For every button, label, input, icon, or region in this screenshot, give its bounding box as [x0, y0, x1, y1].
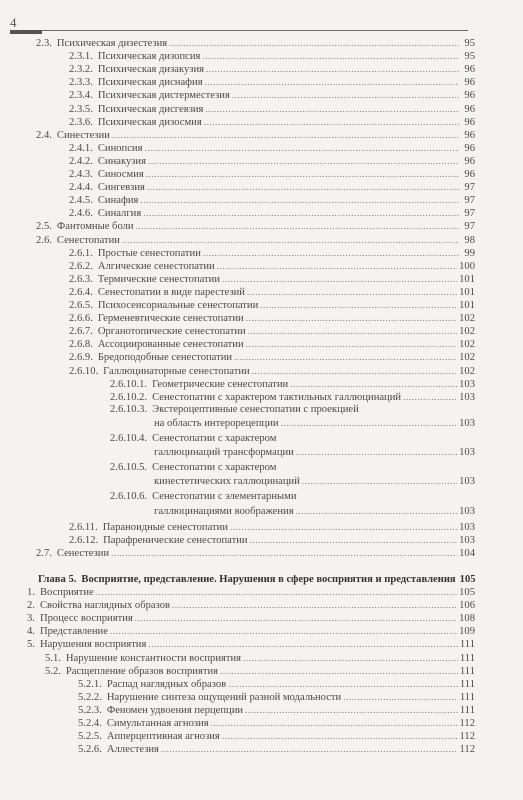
dot-leader — [302, 474, 457, 488]
page-number: 4 — [10, 15, 17, 31]
dot-leader — [140, 193, 459, 207]
toc-entry: 2.3.3.Психическая диснафия96 — [69, 75, 475, 89]
dot-leader — [281, 416, 458, 430]
dot-leader — [169, 36, 459, 50]
toc-entry: 2.4.3.Синосмия96 — [69, 167, 475, 181]
header-rule — [10, 30, 468, 31]
toc-entry-number: 5.2. — [45, 665, 61, 679]
toc-entry: 2.7.Сенестезии104 — [36, 546, 475, 560]
dot-leader — [234, 350, 457, 364]
toc-entry-title: Сенестопатии с характером — [152, 432, 276, 446]
dot-leader — [290, 377, 457, 391]
toc-entry: 2.6.5.Психосенсориальные сенестопатии101 — [69, 298, 475, 312]
dot-leader — [248, 324, 457, 338]
toc-entry: 2.6.6.Герменевтические сенестопатии102 — [69, 311, 475, 325]
toc-entry: 2.6.7.Органотопические сенестопатии102 — [69, 324, 475, 338]
toc-entry-page: 104 — [459, 547, 475, 561]
toc-entry-title: галлюцинациями воображения — [154, 505, 294, 519]
dot-leader — [260, 298, 457, 312]
dot-leader — [111, 546, 457, 560]
dot-leader — [205, 102, 459, 116]
dot-leader — [146, 167, 459, 181]
dot-leader — [243, 651, 458, 665]
dot-leader — [161, 742, 458, 756]
toc-entry: 2.3.1.Психическая дизопсия95 — [69, 49, 475, 63]
dot-leader — [252, 364, 457, 378]
toc-entry-number: 2.6.10. — [69, 365, 98, 379]
toc-entry: 2.6.10.5.Сенестопатии с характером — [110, 461, 475, 475]
dot-leader — [96, 585, 457, 599]
toc-entry-title: Сенестезии — [57, 547, 109, 561]
toc-entry-page: 103 — [459, 417, 475, 431]
toc-entry: 2.6.10.Галлюцинаторные сенестопатии102 — [69, 364, 475, 378]
toc-entry: 2.6.9.Бредоподобные сенестопатии102 — [69, 350, 475, 364]
dot-leader — [230, 520, 457, 534]
toc-entry-number: 2.6.10.5. — [110, 461, 147, 475]
dot-leader — [148, 637, 458, 651]
dot-leader — [246, 337, 457, 351]
toc-entry: галлюцинаций трансформации103 — [154, 445, 475, 459]
toc-entry: 2.6.12.Парафренические сенестопатии103 — [69, 533, 475, 547]
dot-leader — [217, 259, 457, 273]
toc-entry: 5.Нарушения восприятия111 — [27, 637, 475, 651]
dot-leader — [202, 49, 459, 63]
dot-leader — [247, 285, 457, 299]
toc-entry-title: Аллестезия — [107, 743, 159, 757]
toc-entry: 2.6.Сенестопатии98 — [36, 233, 475, 247]
toc-entry-number: 2.6.10.4. — [110, 432, 147, 446]
toc-entry: 2.6.10.3.Экстероцептивные сенестопатии с… — [110, 403, 475, 417]
toc-entry-page: 112 — [460, 743, 476, 757]
dot-leader — [250, 533, 458, 547]
dot-leader — [144, 141, 459, 155]
toc-entry-title: кинестетических галлюцинаций — [154, 475, 300, 489]
dot-leader — [205, 75, 459, 89]
dot-leader — [403, 390, 457, 404]
dot-leader — [232, 88, 459, 102]
toc-entry-number: 2.4. — [36, 129, 52, 143]
toc-entry: 5.1.Нарушение константности восприятия11… — [45, 651, 475, 665]
toc-entry-title: Экстероцептивные сенестопатии с проекцие… — [152, 403, 359, 417]
dot-leader — [245, 703, 458, 717]
toc-entry: 5.2.1.Распад наглядных образов111 — [78, 677, 475, 691]
toc-entry: 2.5.Фантомные боли97 — [36, 219, 475, 233]
toc-entry: 2.6.8.Ассоциированные сенестопатии102 — [69, 337, 475, 351]
toc-entry: 2.6.3.Термические сенестопатии101 — [69, 272, 475, 286]
toc-entry: 2.3.4.Психическая дистерместезия96 — [69, 88, 475, 102]
toc-entry-title: на область интерорецепции — [154, 417, 279, 431]
toc-entry: 5.2.4.Симультанная агнозия112 — [78, 716, 475, 730]
toc-entry-number: 2.6.10.3. — [110, 403, 147, 417]
toc-entry: 2.4.4.Сингевзия97 — [69, 180, 475, 194]
toc-entry-title: галлюцинаций трансформации — [154, 446, 294, 460]
dot-leader — [222, 729, 458, 743]
toc-entry: 2.4.5.Синафия97 — [69, 193, 475, 207]
toc-entry-number: 5. — [27, 638, 35, 652]
dot-leader — [204, 115, 459, 129]
dot-leader — [147, 180, 459, 194]
toc-entry: 2.6.11.Параноидные сенестопатии103 — [69, 520, 475, 534]
toc-entry: 2.6.1.Простые сенестопатии99 — [69, 246, 475, 260]
toc-entry: кинестетических галлюцинаций103 — [154, 474, 475, 488]
toc-entry: Глава 5.Восприятие, представление. Наруш… — [38, 572, 475, 586]
dot-leader — [296, 504, 458, 518]
toc-entry: 2.3.5.Психическая дисгевзия96 — [69, 102, 475, 116]
toc-entry-number: 2.3. — [36, 37, 52, 51]
toc-entry: 2.3.6.Психическая дизосмия96 — [69, 115, 475, 129]
toc-entry: 2.4.6.Синалгия97 — [69, 206, 475, 220]
toc-entry-page: 103 — [459, 505, 475, 519]
toc-entry-number: 2.7. — [36, 547, 52, 561]
toc-entry: 5.2.6.Аллестезия112 — [78, 742, 475, 756]
dot-leader — [112, 128, 459, 142]
header-rule-accent — [10, 30, 42, 34]
dot-leader — [122, 233, 459, 247]
dot-leader — [110, 624, 457, 638]
dot-leader — [220, 664, 458, 678]
toc-entry: 2.6.10.2.Сенестопатии с характером такти… — [110, 390, 475, 404]
dot-leader — [222, 272, 457, 286]
toc-entry: 5.2.3.Феномен удвоения перцепции111 — [78, 703, 475, 717]
toc-entry-title: Сенестопатии с элементарными — [152, 490, 296, 504]
toc-entry: 2.4.Синестезии96 — [36, 128, 475, 142]
toc-entry-title: Сенестопатии с характером — [152, 461, 276, 475]
dot-leader — [296, 445, 457, 459]
toc-entry: 4.Представление109 — [27, 624, 475, 638]
toc-entry-number: 2.6.10.6. — [110, 490, 147, 504]
toc-entry: 5.2.5.Апперцептивная агнозия112 — [78, 729, 475, 743]
toc-entry: 2.Свойства наглядных образов106 — [27, 598, 475, 612]
dot-leader — [148, 154, 459, 168]
toc-entry: 2.4.1.Синопсия96 — [69, 141, 475, 155]
toc-entry: 2.3.2.Психическая дизакузия96 — [69, 62, 475, 76]
toc-entry: 2.6.10.6.Сенестопатии с элементарными — [110, 490, 475, 504]
dot-leader — [172, 598, 457, 612]
toc-entry: 2.6.10.4.Сенестопатии с характером — [110, 432, 475, 446]
dot-leader — [246, 311, 457, 325]
toc-entry: 5.2.2.Нарушение синтеза ощущений разной … — [78, 690, 475, 704]
dot-leader — [136, 219, 459, 233]
toc-entry: 2.6.4.Сенестопатии в виде парестезий101 — [69, 285, 475, 299]
toc-entry: 1.Восприятие105 — [27, 585, 475, 599]
toc-entry: 2.3.Психическая дизестезия95 — [36, 36, 475, 50]
toc-entry: 2.6.2.Алгические сенестопатии100 — [69, 259, 475, 273]
dot-leader — [135, 611, 457, 625]
dot-leader — [228, 677, 458, 691]
toc-entry: 2.4.2.Синакузия96 — [69, 154, 475, 168]
dot-leader — [143, 206, 459, 220]
toc-entry: галлюцинациями воображения103 — [154, 504, 475, 518]
toc-entry: на область интерорецепции103 — [154, 416, 475, 430]
toc-entry-number: 5.2.6. — [78, 743, 102, 757]
toc-entry-page: 103 — [459, 446, 475, 460]
dot-leader — [211, 716, 458, 730]
dot-leader — [206, 62, 459, 76]
toc-entry: 3.Процесс восприятия108 — [27, 611, 475, 625]
toc-entry: 2.6.10.1.Геометрические сенестопатии103 — [110, 377, 475, 391]
dot-leader — [343, 690, 458, 704]
dot-leader — [203, 246, 459, 260]
toc-entry-page: 103 — [459, 475, 475, 489]
toc-entry-number: 2.6. — [36, 234, 52, 248]
toc-entry: 5.2.Расщепление образов восприятия111 — [45, 664, 475, 678]
